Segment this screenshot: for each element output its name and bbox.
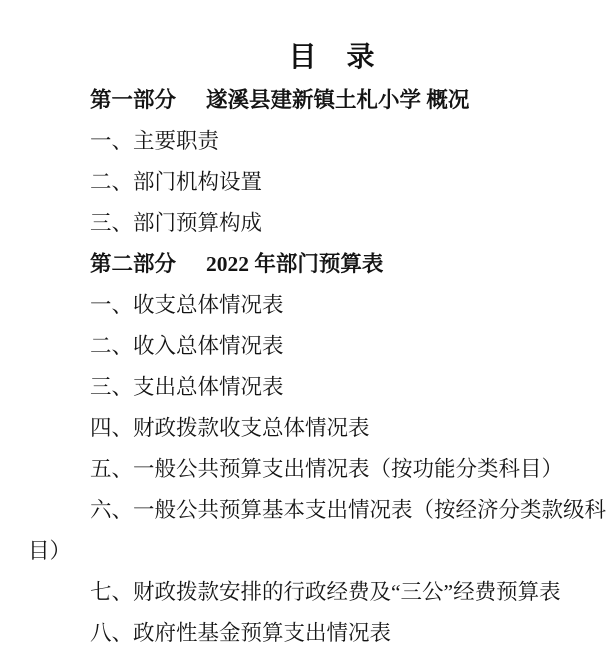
toc-entry: 三、支出总体情况表	[28, 367, 610, 408]
part-label: 第二部分	[90, 252, 176, 276]
toc-entry: 七、财政拨款安排的行政经费及“三公”经费预算表	[28, 572, 610, 613]
toc-entry: 二、收入总体情况表	[28, 326, 610, 367]
toc-entry: 三、部门预算构成	[28, 203, 610, 244]
toc-entry: 一、收支总体情况表	[28, 285, 610, 326]
toc-part-heading: 第二部分2022 年部门预算表	[28, 244, 610, 285]
toc-page: 目 录 第一部分遂溪县建新镇土札小学 概况 一、主要职责 二、部门机构设置 三、…	[0, 0, 614, 651]
toc-entry: 六、一般公共预算基本支出情况表（按经济分类款级科目）	[28, 490, 610, 572]
toc-entry: 八、政府性基金预算支出情况表	[28, 613, 610, 651]
part-title: 2022 年部门预算表	[206, 252, 383, 276]
toc-entry: 四、财政拨款收支总体情况表	[28, 408, 610, 449]
toc-entry: 二、部门机构设置	[28, 162, 610, 203]
toc-entry: 五、一般公共预算支出情况表（按功能分类科目）	[28, 449, 610, 490]
toc-part-heading: 第一部分遂溪县建新镇土札小学 概况	[28, 80, 610, 121]
page-title: 目 录	[28, 38, 610, 78]
toc-entry: 一、主要职责	[28, 121, 610, 162]
part-title: 遂溪县建新镇土札小学 概况	[206, 88, 469, 112]
part-label: 第一部分	[90, 88, 176, 112]
